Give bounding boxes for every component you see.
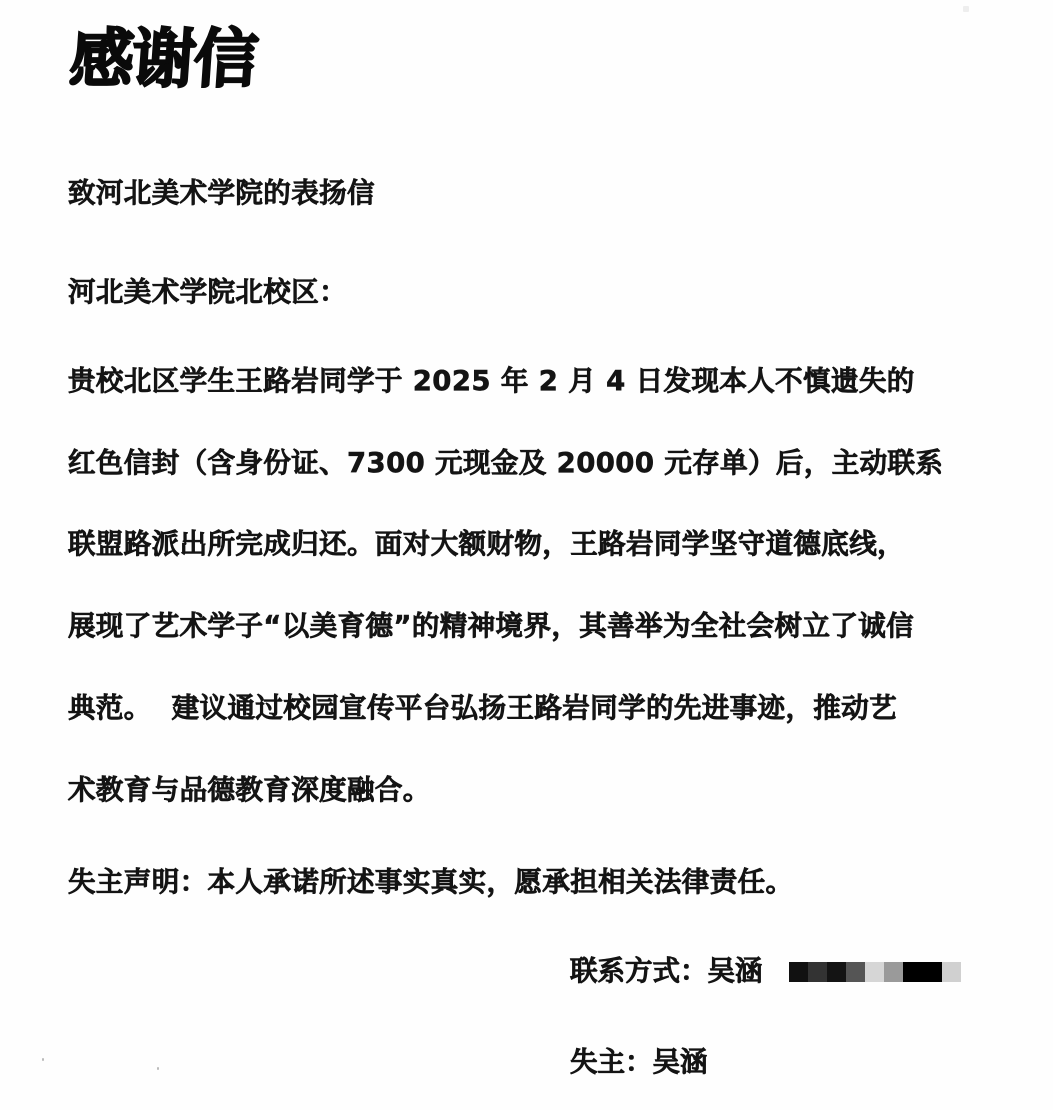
redaction-block bbox=[865, 962, 884, 982]
redacted-phone-number bbox=[789, 962, 961, 982]
body-line-4: 展现了艺术学子“以美育德”的精神境界，其善举为全社会树立了诚信 bbox=[68, 613, 914, 641]
owner-signature-text: 失主：吴涵 bbox=[570, 1049, 708, 1077]
body-line-2: 红色信封（含身份证、7300 元现金及 20000 元存单）后，主动联系 bbox=[68, 450, 943, 478]
letter-page: 感谢信 致河北美术学院的表扬信 河北美术学院北校区： 贵校北区学生王路岩同学于 … bbox=[0, 0, 1053, 1110]
body-line-5: 典范。 建议通过校园宣传平台弘扬王路岩同学的先进事迹，推动艺 bbox=[68, 695, 897, 723]
body-line-6: 术教育与品德教育深度融合。 bbox=[68, 777, 431, 805]
redaction-block bbox=[827, 962, 846, 982]
redaction-block bbox=[808, 962, 827, 982]
letter-subject: 致河北美术学院的表扬信 bbox=[68, 180, 375, 208]
letter-salutation: 河北美术学院北校区： bbox=[68, 279, 347, 307]
redaction-block bbox=[846, 962, 865, 982]
redaction-block bbox=[789, 962, 808, 982]
redaction-block bbox=[903, 962, 942, 982]
redaction-block bbox=[942, 962, 961, 982]
contact-info: 联系方式：吴涵 bbox=[570, 958, 961, 986]
body-line-3: 联盟路派出所完成归还。面对大额财物，王路岩同学坚守道德底线， bbox=[68, 531, 905, 559]
letter-title: 感谢信 bbox=[68, 28, 258, 92]
body-line-1: 贵校北区学生王路岩同学于 2025 年 2 月 4 日发现本人不慎遗失的 bbox=[68, 368, 915, 396]
scan-speck bbox=[963, 6, 969, 12]
owner-signature: 失主：吴涵 bbox=[570, 1049, 708, 1077]
contact-label: 联系方式：吴涵 bbox=[570, 958, 763, 986]
owner-declaration: 失主声明：本人承诺所述事实真实，愿承担相关法律责任。 bbox=[68, 869, 793, 897]
scan-speck bbox=[42, 1058, 44, 1061]
scan-speck bbox=[157, 1067, 159, 1070]
redaction-block bbox=[884, 962, 903, 982]
